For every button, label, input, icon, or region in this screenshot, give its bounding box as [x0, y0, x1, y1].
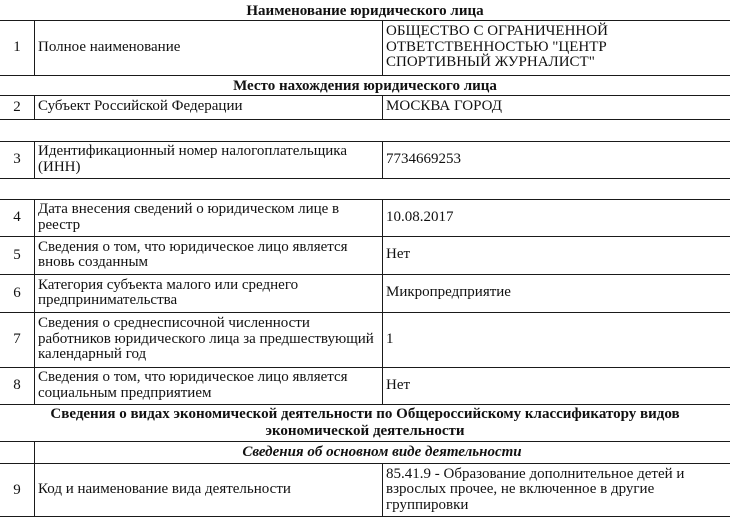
- table-row-headcount: 7 Сведения о среднесписочной численности…: [0, 312, 730, 367]
- divider: [0, 119, 730, 120]
- table-row-registry-date: 4 Дата внесения сведений о юридическом л…: [0, 199, 730, 236]
- row-value: Нет: [386, 236, 726, 274]
- divider: [0, 404, 730, 405]
- table-row-social-enterprise: 8 Сведения о том, что юридическое лицо я…: [0, 367, 730, 404]
- table-row-sme-category: 6 Категория субъекта малого или среднего…: [0, 274, 730, 312]
- row-number: 7: [0, 312, 34, 367]
- row-value: ОБЩЕСТВО С ОГРАНИЧЕННОЙ ОТВЕТСТВЕННОСТЬЮ…: [386, 20, 636, 75]
- column-divider: [34, 312, 35, 367]
- row-number: 9: [0, 463, 34, 517]
- column-divider: [34, 20, 35, 75]
- column-divider: [34, 463, 35, 517]
- column-divider: [34, 141, 35, 178]
- row-value: Нет: [386, 367, 726, 404]
- row-label: Полное наименование: [38, 20, 380, 75]
- column-divider: [34, 367, 35, 404]
- row-label: Код и наименование вида деятельности: [38, 463, 380, 517]
- row-value: 10.08.2017: [386, 199, 726, 236]
- row-label: Сведения о том, что юридическое лицо явл…: [38, 367, 380, 404]
- column-divider: [382, 463, 383, 517]
- row-value: 1: [386, 312, 726, 367]
- section-header-okved: Сведения о видах экономической деятельно…: [0, 406, 730, 440]
- column-divider: [382, 312, 383, 367]
- subsection-header-main-activity: Сведения об основном виде деятельности: [0, 444, 730, 463]
- row-value: 7734669253: [386, 141, 726, 178]
- column-divider: [382, 95, 383, 119]
- row-label: Сведения о среднесписочной численности р…: [38, 312, 380, 367]
- table-row-newly-created: 5 Сведения о том, что юридическое лицо я…: [0, 236, 730, 274]
- row-number: 5: [0, 236, 34, 274]
- column-divider: [382, 141, 383, 178]
- row-number: 6: [0, 274, 34, 312]
- column-divider: [34, 236, 35, 274]
- section-header-legal-entity-name: Наименование юридического лица: [0, 3, 730, 20]
- column-divider: [382, 199, 383, 236]
- row-label: Идентификационный номер налогоплательщик…: [38, 141, 380, 178]
- row-number: 1: [0, 20, 34, 75]
- row-label: Субъект Российской Федерации: [38, 95, 380, 119]
- table-row-activity-code: 9 Код и наименование вида деятельности 8…: [0, 463, 730, 517]
- row-number: 4: [0, 199, 34, 236]
- column-divider: [34, 274, 35, 312]
- table-row-inn: 3 Идентификационный номер налогоплательщ…: [0, 141, 730, 178]
- section-header-location: Место нахождения юридического лица: [0, 78, 730, 95]
- divider: [0, 441, 730, 442]
- row-number: 3: [0, 141, 34, 178]
- divider: [0, 178, 730, 179]
- row-value: Микропредприятие: [386, 274, 726, 312]
- divider: [0, 75, 730, 76]
- row-number: 8: [0, 367, 34, 404]
- row-number: 2: [0, 95, 34, 119]
- table-row-region: 2 Субъект Российской Федерации МОСКВА ГО…: [0, 95, 730, 119]
- column-divider: [382, 20, 383, 75]
- row-value: МОСКВА ГОРОД: [386, 95, 726, 119]
- column-divider: [382, 367, 383, 404]
- row-label: Дата внесения сведений о юридическом лиц…: [38, 199, 380, 236]
- column-divider: [34, 441, 35, 463]
- table-row-full-name: 1 Полное наименование ОБЩЕСТВО С ОГРАНИЧ…: [0, 20, 730, 75]
- column-divider: [382, 274, 383, 312]
- row-label: Сведения о том, что юридическое лицо явл…: [38, 236, 380, 274]
- column-divider: [34, 199, 35, 236]
- column-divider: [382, 236, 383, 274]
- row-value: 85.41.9 - Образование дополнительное дет…: [386, 463, 726, 517]
- row-label: Категория субъекта малого или среднего п…: [38, 274, 380, 312]
- column-divider: [34, 95, 35, 119]
